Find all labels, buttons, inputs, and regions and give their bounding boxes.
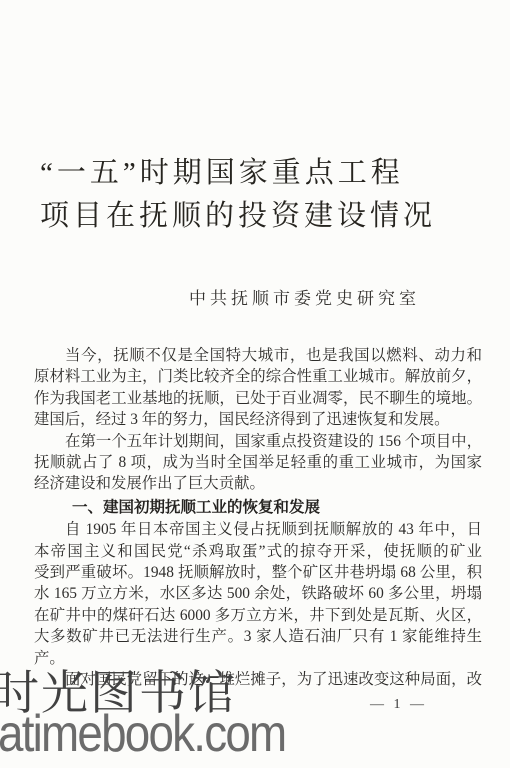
text-line: 在矿井中的煤矸石达 6000 多万立方米，井下到处是瓦斯、火区， <box>34 605 482 626</box>
text-line: 受到严重破坏。1948 抚顺解放时，整个矿区井巷坍塌 68 公里，积 <box>34 562 482 583</box>
author-line: 中共抚顺市委党史研究室 <box>189 284 420 309</box>
scanned-document-page: “一五”时期国家重点工程 项目在抚顺的投资建设情况 中共抚顺市委党史研究室 当今… <box>0 0 510 768</box>
text-line: 水 165 万立方米，水区多达 500 余处，铁路破坏 60 多公里，坍塌 <box>34 583 482 604</box>
section-heading: 一、建国初期抚顺工业的恢复和发展 <box>34 497 482 518</box>
text-line: 大多数矿井已无法进行生产。3 家人造石油厂只有 1 家能维持生 <box>34 626 482 647</box>
paragraph: 在第一个五年计划期间，国家重点投资建设的 156 个项目中，抚顺就占了 8 项，… <box>34 431 482 495</box>
text-line: 作为我国老工业基地的抚顺，已处于百业凋零，民不聊生的境地。 <box>34 388 482 409</box>
text-line: 本帝国主义和国民党“杀鸡取蛋”式的掠夺开采，使抚顺的矿业 <box>34 541 482 562</box>
website-watermark-text: atimebook.com <box>0 704 285 764</box>
page-title-line-1: “一五”时期国家重点工程 <box>40 152 500 195</box>
paragraph: 自 1905 年日本帝国主义侵占抚顺到抚顺解放的 43 年中，日本帝国主义和国民… <box>34 519 482 669</box>
text-line: 一、建国初期抚顺工业的恢复和发展 <box>72 497 482 518</box>
text-line: 抚顺就占了 8 项，成为当时全国举足轻重的重工业城市，为国家 <box>34 452 482 473</box>
text-line: 原材料工业为主，门类比较齐全的综合性重工业城市。解放前夕， <box>34 366 482 387</box>
text-line: 自 1905 年日本帝国主义侵占抚顺到抚顺解放的 43 年中，日 <box>34 519 482 540</box>
paragraph: 当今，抚顺不仅是全国特大城市，也是我国以燃料、动力和原材料工业为主，门类比较齐全… <box>34 345 482 431</box>
page-title: “一五”时期国家重点工程 项目在抚顺的投资建设情况 <box>40 152 500 238</box>
text-line: 经济建设和发展作出了巨大贡献。 <box>34 473 482 494</box>
page-number: — 1 — <box>370 697 427 713</box>
text-line: 当今，抚顺不仅是全国特大城市，也是我国以燃料、动力和 <box>34 345 482 366</box>
page-title-line-2: 项目在抚顺的投资建设情况 <box>40 195 500 238</box>
text-line: 在第一个五年计划期间，国家重点投资建设的 156 个项目中， <box>34 431 482 452</box>
body-text: 当今，抚顺不仅是全国特大城市，也是我国以燃料、动力和原材料工业为主，门类比较齐全… <box>34 345 482 691</box>
text-line: 建国后，经过 3 年的努力，国民经济得到了迅速恢复和发展。 <box>34 409 482 430</box>
